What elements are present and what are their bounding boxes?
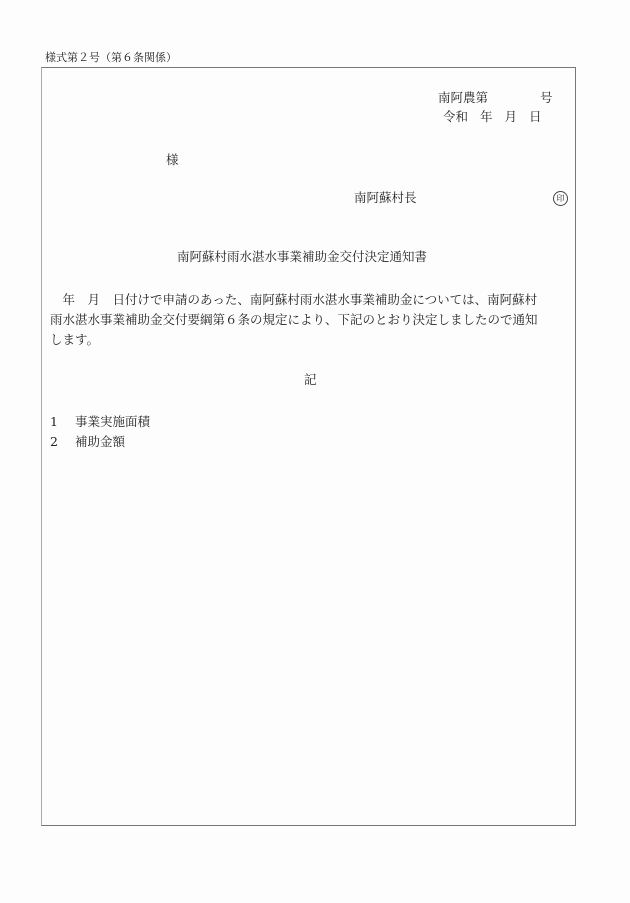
ki-heading: 記 <box>304 374 317 387</box>
doc-number-prefix: 南阿農第 <box>438 90 488 105</box>
document-title: 南阿蘇村雨水湛水事業補助金交付決定通知書 <box>177 251 427 264</box>
date-year: 年 <box>480 109 493 124</box>
items-list: 1 事業実施面積 2 補助金額 <box>50 412 150 452</box>
item-number: 2 <box>50 432 75 452</box>
body-line: します。 <box>50 330 572 350</box>
doc-number-suffix: 号 <box>540 90 553 105</box>
item-label: 補助金額 <box>75 432 125 452</box>
list-item: 1 事業実施面積 <box>50 412 150 432</box>
body-line: 年 月 日付けで申請のあった、南阿蘇村雨水湛水事業補助金については、南阿蘇村 <box>50 290 572 310</box>
list-item: 2 補助金額 <box>50 432 150 452</box>
date-month: 月 <box>505 109 518 124</box>
document-number: 南阿農第号 <box>438 92 553 105</box>
issuer-name: 南阿蘇村長 <box>354 192 417 205</box>
document-frame: 南阿農第号 令和年月日 様 南阿蘇村長 印 南阿蘇村雨水湛水事業補助金交付決定通… <box>41 67 576 826</box>
addressee-honorific: 様 <box>166 154 179 167</box>
document-date: 令和年月日 <box>443 111 542 124</box>
item-number: 1 <box>50 412 75 432</box>
form-number-label: 様式第２号（第６条関係） <box>45 49 177 65</box>
date-day: 日 <box>529 109 542 124</box>
body-paragraph: 年 月 日付けで申請のあった、南阿蘇村雨水湛水事業補助金については、南阿蘇村 雨… <box>50 290 572 350</box>
seal-icon: 印 <box>553 191 568 206</box>
item-label: 事業実施面積 <box>75 412 150 432</box>
body-line: 雨水湛水事業補助金交付要綱第６条の規定により、下記のとおり決定しましたので通知 <box>50 310 572 330</box>
date-era: 令和 <box>443 109 468 124</box>
